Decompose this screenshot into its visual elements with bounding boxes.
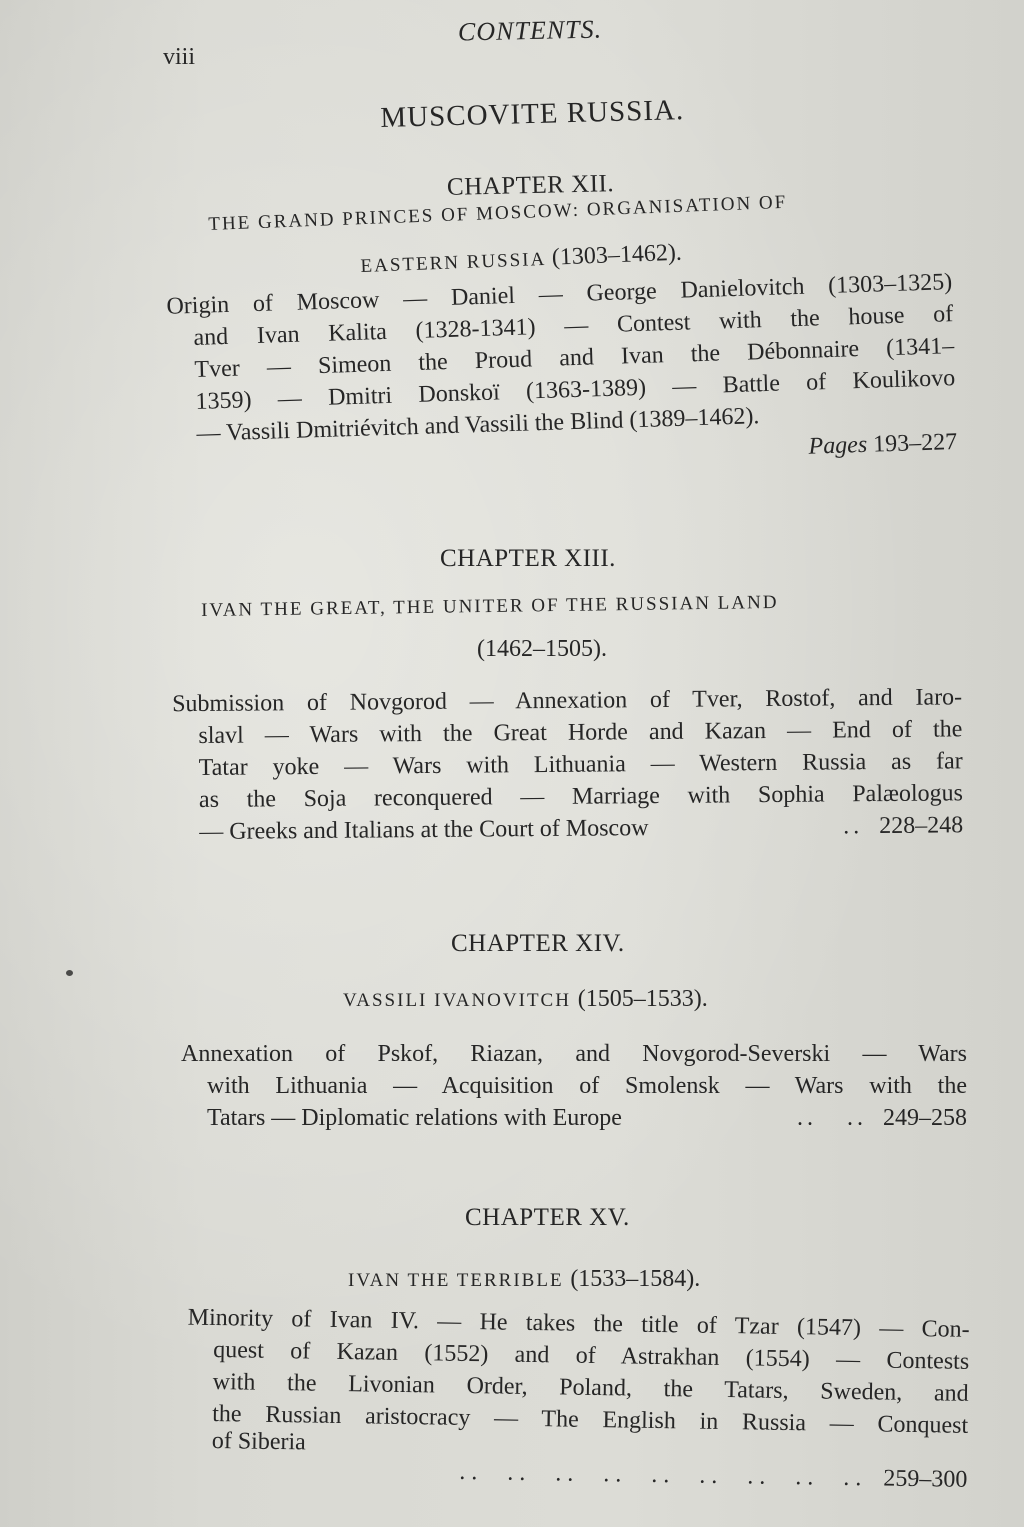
chapter-title-line2: (1462–1505).	[477, 636, 607, 663]
chapter-summary: Submission of Novgorod — Annexation of T…	[198, 681, 963, 848]
chapter-title: IVAN THE TERRIBLE (1533–1584).	[348, 1266, 700, 1293]
dot-leader: ..	[843, 813, 863, 839]
chapter-summary: Annexation of Pskof, Riazan, and Novgoro…	[207, 1038, 967, 1134]
chapter-summary: Origin of Moscow — Daniel — George Danie…	[192, 266, 958, 482]
page-range: .. .. 249–258	[797, 1102, 967, 1134]
page-numbers: 259–300	[883, 1466, 967, 1493]
summary-line-with-pages: — Greeks and Italians at the Court of Mo…	[199, 809, 963, 848]
chapter-title-years: (1505–1533).	[578, 986, 708, 1012]
chapter-title-years: (1303–1462).	[551, 240, 682, 271]
summary-line: — Greeks and Italians at the Court of Mo…	[199, 812, 648, 848]
page-range: .. 228–248	[843, 809, 963, 842]
page-numbers: 228–248	[879, 812, 963, 839]
summary-line: Annexation of Pskof, Riazan, and Novgoro…	[181, 1038, 967, 1070]
page-number: viii	[163, 44, 195, 71]
page-numbers: 193–227	[873, 429, 958, 458]
chapter-number: CHAPTER XII.	[447, 170, 615, 202]
chapter-title-caps: IVAN THE TERRIBLE	[348, 1270, 564, 1291]
chapter-summary: Minority of Ivan IV. — He takes the titl…	[211, 1302, 970, 1496]
part-title: MUSCOVITE RUSSIA.	[380, 94, 685, 135]
page-range: Pages 193–227	[808, 426, 958, 463]
chapter-title-caps: VASSILI IVANOVITCH	[343, 990, 571, 1011]
chapter-number: CHAPTER XIV.	[451, 930, 625, 958]
running-head: CONTENTS.	[458, 14, 603, 47]
chapter-number: CHAPTER XIII.	[440, 545, 616, 573]
summary-line-with-pages: Tatars — Diplomatic relations with Europ…	[207, 1102, 967, 1134]
chapter-title-line1: IVAN THE GREAT, THE UNITER OF THE RUSSIA…	[201, 592, 779, 621]
dot-leader: .. ..	[797, 1105, 867, 1131]
chapter-title-years: (1462–1505).	[477, 636, 607, 662]
book-page: viii CONTENTS. MUSCOVITE RUSSIA. CHAPTER…	[0, 0, 1024, 1527]
chapter-title-caps: EASTERN RUSSIA	[360, 249, 545, 277]
chapter-title-years: (1533–1584).	[570, 1266, 700, 1292]
pages-label: Pages	[808, 432, 867, 460]
summary-line: with Lithuania — Acquisition of Smolensk…	[207, 1070, 967, 1102]
chapter-number: CHAPTER XV.	[465, 1204, 630, 1232]
page-range: .. .. .. .. .. .. .. .. .. 259–300	[459, 1456, 967, 1496]
page-numbers: 249–258	[883, 1105, 967, 1131]
dot-leader: .. .. .. .. .. .. .. .. ..	[459, 1459, 867, 1491]
chapter-title: IVAN THE GREAT, THE UNITER OF THE RUSSIA…	[201, 592, 779, 622]
summary-line: Tatars — Diplomatic relations with Europ…	[207, 1102, 622, 1134]
paper-speck	[66, 970, 73, 976]
chapter-title-line2: EASTERN RUSSIA (1303–1462).	[360, 240, 682, 279]
chapter-title: VASSILI IVANOVITCH (1505–1533).	[343, 986, 708, 1013]
